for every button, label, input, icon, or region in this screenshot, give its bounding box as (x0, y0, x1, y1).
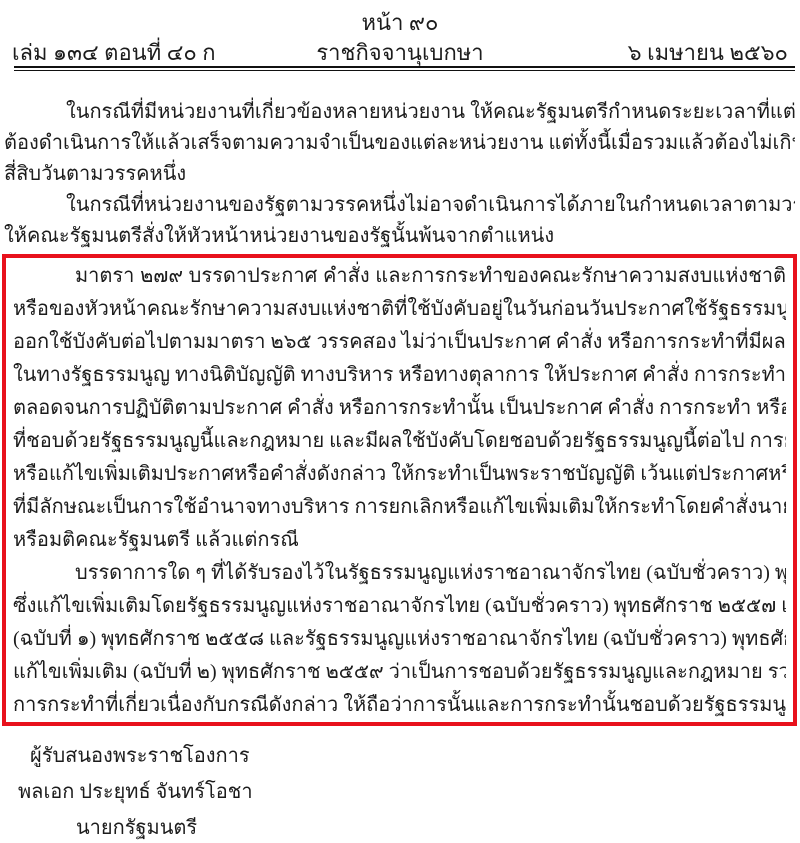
header-double-rule (14, 66, 795, 71)
text-line: ให้คณะรัฐมนตรีสั่งให้หัวหน้าหน่วยงานของร… (4, 221, 795, 252)
text-line: ในกรณีที่มีหน่วยงานที่เกี่ยวข้องหลายหน่ว… (4, 97, 795, 128)
text-line: หรือแก้ไขเพิ่มเติมประกาศหรือคำสั่งดังกล่… (13, 458, 786, 491)
highlight-box: มาตรา ๒๗๙ บรรดาประกาศ คำสั่ง และการกระทำ… (2, 254, 797, 726)
text-line: บรรดาการใด ๆ ที่ได้รับรองไว้ในรัฐธรรมนูญ… (13, 557, 786, 590)
text-line: ในทางรัฐธรรมนูญ ทางนิติบัญญัติ ทางบริหาร… (13, 359, 786, 392)
text-line: (ฉบับที่ ๑) พุทธศักราช ๒๕๕๘ และรัฐธรรมนู… (13, 623, 786, 656)
text-line: ซึ่งแก้ไขเพิ่มเติมโดยรัฐธรรมนูญแห่งราชอา… (13, 590, 786, 623)
text-line: ต้องดำเนินการให้แล้วเสร็จตามความจำเป็นขอ… (4, 128, 795, 159)
text-line: หรือของหัวหน้าคณะรักษาความสงบแห่งชาติที่… (13, 293, 786, 326)
text-line: ในกรณีที่หน่วยงานของรัฐตามวรรคหนึ่งไม่อา… (4, 190, 795, 221)
signer-name: พลเอก ประยุทธ์ จันทร์โอชา (4, 774, 795, 810)
header-row: ราชกิจจานุเบกษา เล่ม ๑๓๔ ตอนที่ ๔๐ ก ๖ เ… (12, 38, 788, 68)
text-line: มาตรา ๒๗๙ บรรดาประกาศ คำสั่ง และการกระทำ… (13, 260, 786, 293)
body-text: ในกรณีที่มีหน่วยงานที่เกี่ยวข้องหลายหน่ว… (4, 97, 795, 252)
text-line: ออกใช้บังคับต่อไปตามมาตรา ๒๖๕ วรรคสอง ไม… (13, 326, 786, 359)
text-line: หรือมติคณะรัฐมนตรี แล้วแต่กรณี (13, 524, 786, 557)
header-page-number: หน้า ๙๐ (0, 8, 800, 38)
signer-title: นายกรัฐมนตรี (4, 810, 795, 843)
text-line: สี่สิบวันตามวรรคหนึ่ง (4, 159, 795, 190)
text-line: ที่ชอบด้วยรัฐธรรมนูญนี้และกฎหมาย และมีผล… (13, 425, 786, 458)
header-volume-part: เล่ม ๑๓๔ ตอนที่ ๔๐ ก (12, 38, 216, 68)
signature-block: ผู้รับสนองพระราชโองการ พลเอก ประยุทธ์ จั… (4, 738, 795, 843)
header-date: ๖ เมษายน ๒๕๖๐ (628, 38, 788, 68)
text-line: การกระทำที่เกี่ยวเนื่องกับกรณีดังกล่าว ใ… (13, 689, 786, 722)
text-line: ที่มีลักษณะเป็นการใช้อำนาจทางบริหาร การย… (13, 491, 786, 524)
gazette-page: หน้า ๙๐ ราชกิจจานุเบกษา เล่ม ๑๓๔ ตอนที่ … (0, 0, 800, 843)
countersign-label: ผู้รับสนองพระราชโองการ (4, 738, 795, 774)
text-line: ตลอดจนการปฏิบัติตามประกาศ คำสั่ง หรือการ… (13, 392, 786, 425)
text-line: แก้ไขเพิ่มเติม (ฉบับที่ ๒) พุทธศักราช ๒๕… (13, 656, 786, 689)
